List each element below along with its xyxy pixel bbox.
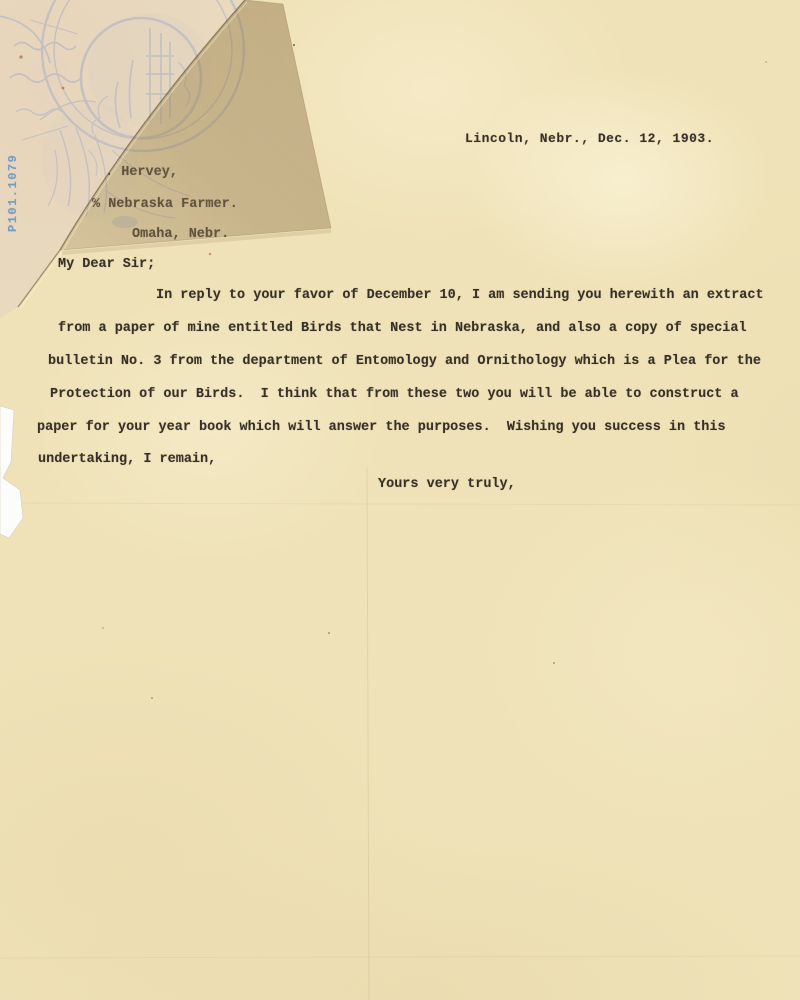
- typewritten-text: Lincoln, Nebr., Dec. 12, 1903. . Hervey,…: [0, 0, 800, 1000]
- closing: Yours very truly,: [378, 477, 516, 492]
- body-line-2: from a paper of mine entitled Birds that…: [58, 321, 747, 336]
- body-line-4: Protection of our Birds. I think that fr…: [50, 387, 739, 402]
- archive-stamp: P101.1079: [6, 154, 20, 232]
- recipient-name-line: . Hervey,: [105, 165, 178, 180]
- body-line-6: undertaking, I remain,: [38, 452, 216, 467]
- body-line-3: bulletin No. 3 from the department of En…: [48, 354, 761, 369]
- recipient-city-line: Omaha, Nebr.: [132, 227, 229, 242]
- body-line-1: In reply to your favor of December 10, I…: [156, 288, 764, 303]
- salutation: My Dear Sir;: [58, 257, 155, 272]
- dateline: Lincoln, Nebr., Dec. 12, 1903.: [465, 131, 714, 146]
- body-line-5: paper for your year book which will answ…: [37, 420, 726, 435]
- recipient-careof-line: % Nebraska Farmer.: [92, 197, 238, 212]
- letter-page: Lincoln, Nebr., Dec. 12, 1903. . Hervey,…: [0, 0, 800, 1000]
